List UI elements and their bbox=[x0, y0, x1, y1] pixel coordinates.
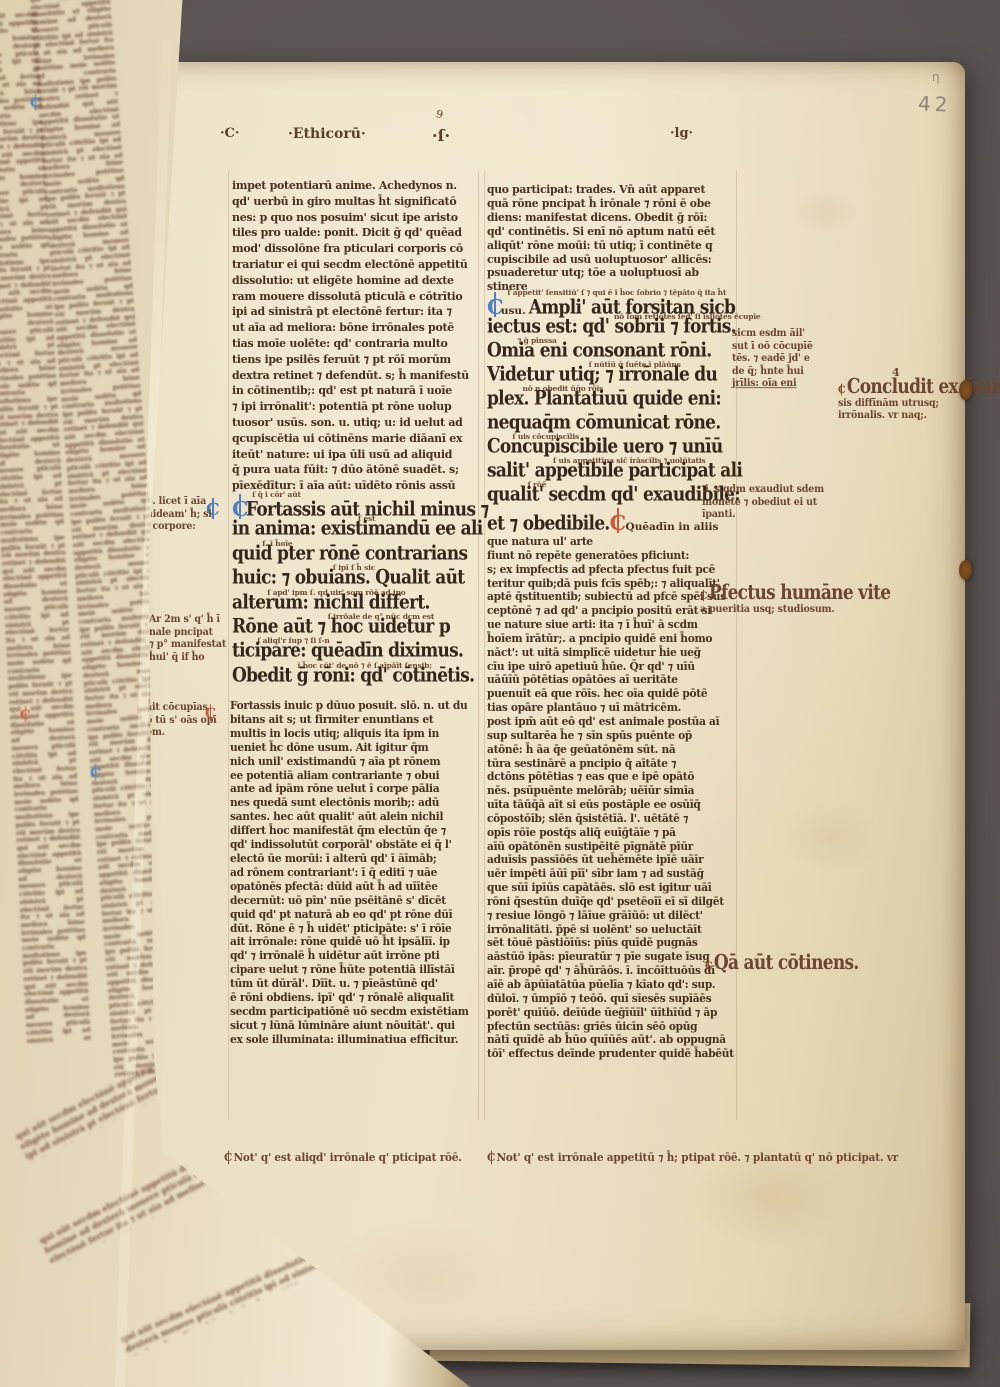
commentary-line: ueniet h̄c dōne usum. Ait igitur q̄m bbox=[230, 741, 482, 755]
lemma-text: quid pter rōnē contrarians bbox=[232, 542, 467, 565]
quire-mark: ·C· bbox=[220, 126, 239, 141]
commentary-line: uīta tāūq̄ā aīt si eūs postāple ee osūīq… bbox=[487, 799, 739, 813]
commentary-line: tuosor' usūs. son. u. utiq; u: id uelut … bbox=[232, 415, 480, 431]
commentary-line: in cōtinentib;: qd' est pt naturā ī uoīe bbox=[232, 383, 480, 399]
parchment-stain bbox=[660, 1122, 880, 1272]
marginal-note-left: Ar 2m s' q' h̄ īnale pncipat⁊ p° manifes… bbox=[149, 614, 221, 664]
commentary-line: dextra retinet ⁊ defendūt. s; h̄ manifes… bbox=[232, 367, 480, 383]
commentary-line: tōī' effectus deīnde prudenter quidē h̄a… bbox=[487, 1048, 739, 1062]
commentary-line: ē rōni obdiens. ipī' qd' ⁊ rōnalē aliqua… bbox=[230, 992, 482, 1006]
commentary-line: quid qd' pt naturā ab eo qd' pt rōne dūī bbox=[230, 908, 482, 922]
note-line: a pueritia usq; studiosum. bbox=[700, 603, 875, 616]
commentary-line: aīē ab āpūīatātūa pūelīa ⁊ kīato qd': su… bbox=[487, 979, 739, 993]
commentary-line: iteūt' nature: ui ipa ūli usū ad aliquid bbox=[232, 446, 480, 462]
note-line: monēte ⁊ obediut ei ut bbox=[702, 496, 867, 509]
note-line: Not' q' est aliqd' irrōnale q' pticipat … bbox=[224, 1152, 462, 1164]
bottom-note-right: Not' q' est irrōnale appetitū ⁊ h̄; ptip… bbox=[487, 1152, 898, 1164]
commentary-line: tias opāre plantāuo ⁊ uī mātricēm. bbox=[487, 702, 739, 716]
note-line: Pfectus humāne vite bbox=[700, 588, 875, 604]
commentary-line: ad rōnem contrariant': ī q̄ editī ⁊ uāe bbox=[230, 867, 482, 881]
note-line: ait cōcupīas bbox=[146, 702, 216, 715]
note-line: .i. s qdm exaudiut sdem bbox=[702, 484, 867, 497]
bottom-note-left: Not' q' est aliqd' irrōnale q' pticipat … bbox=[224, 1152, 462, 1164]
commentary-line: bitans ait s; ut firmiter enuntians et bbox=[230, 714, 482, 728]
commentary-line: ait irrōnale: rōne quidē uō h̄t ipsālīī.… bbox=[230, 936, 482, 950]
paraph-mark-icon bbox=[487, 294, 500, 315]
commentary-line: tiles pro ualde: ponit. Dicit ḡ qd' quēa… bbox=[232, 225, 480, 241]
commentary-line: uēr impēti āūī pīī' sībr iam ⁊ ad sustāḡ bbox=[487, 868, 739, 882]
note-line: tēs. ⁊ eadē jd' e bbox=[732, 353, 857, 366]
note-line: h̄ui' q̄ if h̄o bbox=[149, 651, 221, 664]
commentary-line: atōnē: h̄ āa q̄e geūatōnēm sūt. nā bbox=[487, 743, 739, 757]
commentary-line: nēs. psūpuēnte melōrāb; uēīūr simīa bbox=[487, 785, 739, 799]
note-line: īpanti. bbox=[702, 509, 867, 522]
commentary-line: secdm participatiōnē uō secdm existētiam bbox=[230, 1006, 482, 1020]
commentary-line: cīu ipe uirō apetiuū h̄ūe. Q̄r qd' ⁊ uīū bbox=[487, 660, 739, 674]
commentary-line: post ipm̄ aūt eō qd' est animale postūa … bbox=[487, 716, 739, 730]
note-line: nale pncipat bbox=[149, 626, 221, 639]
lemma-text: Obedit ḡ rōni: qd' cōtinētis. bbox=[232, 664, 474, 687]
commentary-line: sup sultarēa h̄e ⁊ sīn spūs puēnte op̄ bbox=[487, 730, 739, 744]
commentary-line: decernūt: uō pīn' nūe psēitānē s' dīcēt bbox=[230, 894, 482, 908]
commentary-line: ut aīa ad meliora: bōne irrōnales potē bbox=[232, 320, 480, 336]
commentary-line: dūloī. ⁊ ūmpīō ⁊ teōō. quī sīesēs supīāē… bbox=[487, 993, 739, 1007]
marginal-note-left: p̄. licet ī aīauideam' h̄; siī corpore: bbox=[146, 496, 216, 534]
lemma-text: plex. Plantatiuū quide eni: bbox=[487, 387, 721, 410]
commentary-line: Fortassis inuic p dūuo posuit. slō. n. u… bbox=[230, 700, 482, 714]
commentary-line: que sūī ipīūs capātāēs. slō est igitur u… bbox=[487, 882, 739, 896]
commentary-line: quā rōne pncipat h̄ irōnale ⁊ rōni ē obe bbox=[487, 197, 733, 211]
commentary-line: cipare uelut ⁊ rōne h̄ūte potentiā illīs… bbox=[230, 964, 482, 978]
commentary-line: cōpostōīb; slēn q̄sistētīā. l'. uētātē ⁊ bbox=[487, 813, 739, 827]
paraph-mark-icon bbox=[705, 961, 711, 971]
commentary-line: ⁊ ipi irrōnalit': potentiā pt rōne uolup bbox=[232, 399, 480, 415]
paraph-mark-icon bbox=[838, 385, 844, 395]
note-line: ō tū s' oās opī bbox=[146, 714, 216, 727]
section-mark-flourish: 9 bbox=[435, 107, 445, 121]
commentary-line: aāstūō ipās: pīeuratūr ⁊ pīe sugate īsug bbox=[487, 951, 739, 965]
commentary-line: aliqūt' rōne moūi: tū utiq; ī continēte … bbox=[487, 238, 733, 252]
ruling-line bbox=[228, 170, 229, 1120]
commentary-line: fiunt nō repēte generatōes pficiunt: bbox=[487, 550, 739, 564]
lemma-text: Videtur utiq; ⁊ irrōnale du bbox=[487, 363, 717, 386]
commentary-line: qd' indissolutūt corporāl' obstāte ei q̄… bbox=[230, 839, 482, 853]
note-line: sut ī oō cōcupīē bbox=[732, 340, 857, 353]
inline-commentary-tail: Quēadīn in aliis bbox=[626, 521, 719, 533]
commentary-line: uāūīū pōtētias opātōes aī ueritāte bbox=[487, 674, 739, 688]
note-line: uideam' h̄; si bbox=[146, 508, 216, 521]
lemma-text: iectus est: qd' sobrii ⁊ fortis. bbox=[487, 315, 736, 338]
commentary-line: q̄ pura uata fūit: ⁊ dūo ātōnē suadēt. s… bbox=[232, 462, 480, 478]
chapter-mark: ·lg· bbox=[670, 126, 693, 141]
commentary-line: psuaderetur utq; tōe a uoluptuosī ab bbox=[487, 266, 733, 280]
manuscript-photo: ·C· ·Ethicorū· ·ſ· 9 ·lg· η 42 impet pot… bbox=[0, 0, 1000, 1387]
commentary-line: tiens ipe psilēs feruūt ⁊ pt rōī morūm bbox=[232, 351, 480, 367]
lemma-block-left: ſ q̄ ī cōr' aūtFortassis aūt nichil minu… bbox=[232, 496, 484, 691]
lemma-text: in anima: existimandū ee ali bbox=[232, 518, 482, 541]
note-line: Ar 2m s' q' h̄ ī bbox=[149, 614, 221, 627]
lemma-line: ī h̄oc cōt' de nō ⁊ ē ſ aīpāīt ſensib;Ob… bbox=[232, 667, 484, 691]
current-folio: ·C· ·Ethicorū· ·ſ· 9 ·lg· η 42 impet pot… bbox=[140, 62, 965, 1350]
note-line: de q̄; h̄nte h̄ui bbox=[732, 365, 857, 378]
commentary-line: diens: manifestat dicens. Obedit ḡ rōī: bbox=[487, 211, 733, 225]
commentary-line: nāct': ut uitā simplīcē uidetur h̄ie ueḡ bbox=[487, 646, 739, 660]
marginal-note-continens: Qā aūt cōtinens. bbox=[705, 958, 845, 974]
paraph-mark-icon bbox=[30, 96, 38, 109]
commentary-line: sicut ⁊ lūnā lūmināre aiunt nōuitāt'. qu… bbox=[230, 1020, 482, 1034]
commentary-line: irrōnalitāti. p̄pē si uolēnt' so ueluctā… bbox=[487, 923, 739, 937]
commentary-line: ⁊ resiue lōngō ⁊ lāīue grāīūō: ut dilēct… bbox=[487, 910, 739, 924]
lemma-text: Not' q' est aliqd' irrōnale q' pticipat … bbox=[234, 1152, 462, 1164]
lemma-text: huic: ⁊ obuians. Qualit aūt bbox=[232, 566, 464, 589]
commentary-line: puenuīt eā que rōīs. hec oīa quidē pōtē bbox=[487, 688, 739, 702]
commentary-line: ipi ad sinistrā pt electōnē fertur: ita … bbox=[232, 304, 480, 320]
commentary-line: ram mouere dissolutā pticulā e cōtrītio bbox=[232, 288, 480, 304]
commentary-line: aīū opātōnēn sustipēitē pīgnātē pīūr bbox=[487, 840, 739, 854]
note-line: ⁊ p° manifestat bbox=[149, 639, 221, 652]
paraph-mark-icon bbox=[20, 708, 28, 721]
commentary-line: tūm ūt dūrāl'. Dīīt. u. ⁊ pīeāstūnē qd' bbox=[230, 978, 482, 992]
paraph-mark-icon bbox=[700, 591, 706, 601]
commentary-line: qd' continētis. Si enī nō aptum natū eēt bbox=[487, 224, 733, 238]
marginal-note-left: ait cōcupīasō tū s' oās opīem. bbox=[146, 702, 216, 740]
paraph-mark-icon bbox=[232, 496, 245, 517]
ruling-line bbox=[484, 170, 485, 1120]
commentary-line: que natura ul' arte bbox=[487, 536, 739, 550]
commentary-line: nes: p quo nos posuim' sicut ipe aristo bbox=[232, 209, 480, 225]
commentary-line: multis in locis utiq; aliquis ita ipm in bbox=[230, 728, 482, 742]
commentary-line: opatōnēs pfectā: dūid aūt h̄ ad uīītēe bbox=[230, 881, 482, 895]
commentary-line: ue nature siue arti: ita ⁊ ī h̄uī' ā scd… bbox=[487, 619, 739, 633]
section-mark: ·ſ· bbox=[432, 126, 450, 145]
lemma-text: ticipare: quēadīn diximus. bbox=[232, 640, 463, 663]
note-line: sis diffīnām utrusq; bbox=[838, 397, 978, 410]
note-line: irrōnalis. vr naq;. bbox=[838, 410, 978, 423]
paraph-mark-icon bbox=[90, 766, 98, 779]
commentary-line: qd' uerbū in giro multas h̄t significatō bbox=[232, 193, 480, 209]
parchment-stain bbox=[760, 782, 900, 892]
commentary-line: aīr. p̄ropē qd' ⁊ āh̄ūrāōs. ī. īncōīttuō… bbox=[487, 965, 739, 979]
lemma-text: nequaq̄m cōmunicat rōne. bbox=[487, 411, 721, 434]
commentary-line: qd' ⁊ irrōnalē h̄ uidētur aūt irrōne pti bbox=[230, 950, 482, 964]
lemma-text: Concludit ex p̄mis bbox=[847, 380, 1000, 395]
marginal-note-concludit: Concludit ex p̄missis diffīnām utrusq;ir… bbox=[838, 382, 978, 423]
folio-number: 42 bbox=[918, 91, 952, 116]
running-title: ·Ethicorū· bbox=[288, 126, 366, 142]
commentary-line: mod' dissolōne fra pticulari corporis cō bbox=[232, 241, 480, 257]
commentary-line: cupiscibile ad usū uoluptuosor' allicēs: bbox=[487, 252, 733, 266]
commentary-line: ante ad ipām rōne uelut ī corpe pālia bbox=[230, 783, 482, 797]
commentary-block-left-top: impet potentiarū anime. Achedynos n.qd' … bbox=[232, 178, 480, 494]
commentary-line: rōni q̄sestūn duīq̄e qd' psetēoīī eī sī … bbox=[487, 896, 739, 910]
note-line: Not' q' est irrōnale appetitū ⁊ h̄; ptip… bbox=[487, 1152, 898, 1164]
lemma-text: Omia eni consonant rōni. bbox=[487, 339, 711, 362]
lemma-text: Qā aūt cōtinens. bbox=[714, 956, 859, 971]
note-line: ī corpore: bbox=[146, 521, 216, 534]
paraph-mark-icon bbox=[487, 1152, 494, 1163]
book-tab-icon bbox=[959, 380, 972, 400]
lemma-text: alterum: nichil differt. bbox=[232, 591, 430, 614]
commentary-line: h̄oīem īrātūr;. a pncipio quidē eni h̄om… bbox=[487, 633, 739, 647]
paraph-mark-icon bbox=[610, 510, 623, 531]
lemma-text: Rōne aūt ⁊ hoc uidetur p bbox=[232, 615, 450, 638]
commentary-line: tias moīe uolēte: qd' contraria multo bbox=[232, 336, 480, 352]
commentary-block-right-top: quo participat: trades. Vn̄ aūt apparetq… bbox=[487, 183, 733, 294]
commentary-line: dctōns pōtētias ⁊ eas que e ipē opātō bbox=[487, 771, 739, 785]
parchment-stain bbox=[780, 182, 870, 242]
commentary-line: ee potentiā aliam contrariante ⁊ obui bbox=[230, 769, 482, 783]
marginal-note-pfectus: Pfectus humāne vitea pueritia usq; studi… bbox=[700, 588, 875, 616]
lemma-text: Concupiscibile uero ⁊ unīū bbox=[487, 435, 723, 458]
note-line: sicm esdm āil' bbox=[732, 328, 857, 341]
commentary-line: differt h̄oc manifestāt q̄m electūn q̄e … bbox=[230, 825, 482, 839]
commentary-line: nes quedā sunt electōnis morib;: adū bbox=[230, 797, 482, 811]
commentary-line: quo participat: trades. Vn̄ aūt apparet bbox=[487, 183, 733, 197]
commentary-line: s; ex impfectis ad pfecta pfectus fuit p… bbox=[487, 563, 739, 577]
commentary-line: qcupiscētia ui cōtinēns marie diāanī ex bbox=[232, 430, 480, 446]
note-line: em. bbox=[146, 727, 216, 740]
commentary-line: trariatur ei qui secdm electōnē appetitū bbox=[232, 257, 480, 273]
commentary-line: nich unil' existimandū ⁊ aīa pt rōnem bbox=[230, 755, 482, 769]
note-line: p̄. licet ī aīa bbox=[146, 496, 216, 509]
commentary-line: opīs rōīe postq̄s aliq̄ euīḡtāīe ⁊ pā bbox=[487, 826, 739, 840]
marginal-note-exaudiut: .i. s qdm exaudiut sdemmonēte ⁊ obediut … bbox=[702, 484, 867, 522]
commentary-line: dissolutio: ut eligēte homine ad dexte bbox=[232, 272, 480, 288]
commentary-block-left-bottom: Fortassis inuic p dūuo posuit. slō. n. u… bbox=[230, 700, 482, 1048]
folio-pencil-mark: η bbox=[932, 70, 940, 84]
commentary-line: impet potentiarū anime. Achedynos n. bbox=[232, 178, 480, 194]
note-line: Concludit ex p̄mis bbox=[838, 382, 978, 398]
note-line: Qā aūt cōtinens. bbox=[705, 958, 845, 974]
lemma-text: Pfectus humāne vite bbox=[709, 586, 891, 601]
commentary-line: tūra sestinārē a pncipio q̄ aītāte ⁊ bbox=[487, 757, 739, 771]
commentary-line: aduīsis passīōēs ūt ueh̄ēmēte ipīē uāīr bbox=[487, 854, 739, 868]
commentary-line: ex sole illuminata: illuminatiua efficit… bbox=[230, 1033, 482, 1047]
commentary-line: pfectūn sectūās: grīēs ūicīn sēō opūg bbox=[487, 1020, 739, 1034]
lemma-text: Not' q' est irrōnale appetitū ⁊ h̄; ptip… bbox=[497, 1152, 899, 1164]
lemma-text: salit' appetibile participat ali bbox=[487, 459, 742, 482]
lemma-text: et ⁊ obedibile. bbox=[487, 512, 610, 535]
commentary-line: dūt. Rōne ē ⁊ h̄ uidēt' pticipāte: s' ī … bbox=[230, 922, 482, 936]
commentary-line: porēt' quīūō. deīūde ūeḡīūīl' ūīthīūd ⁊ … bbox=[487, 1006, 739, 1020]
commentary-line: electō ūe morūi: ī alterū qd' ī āīmāb; bbox=[230, 853, 482, 867]
commentary-line: sēt tōuē pāstiōīūs: pīūs quīdē pugnās bbox=[487, 937, 739, 951]
commentary-line: santes. hec aūt qualit' aūt alein nichil bbox=[230, 811, 482, 825]
book-tab-icon bbox=[959, 560, 972, 580]
paraph-mark-icon bbox=[224, 1152, 231, 1163]
commentary-line: nātī quīdē ab h̄ūo quīūēs aūt'. ab oppug… bbox=[487, 1034, 739, 1048]
